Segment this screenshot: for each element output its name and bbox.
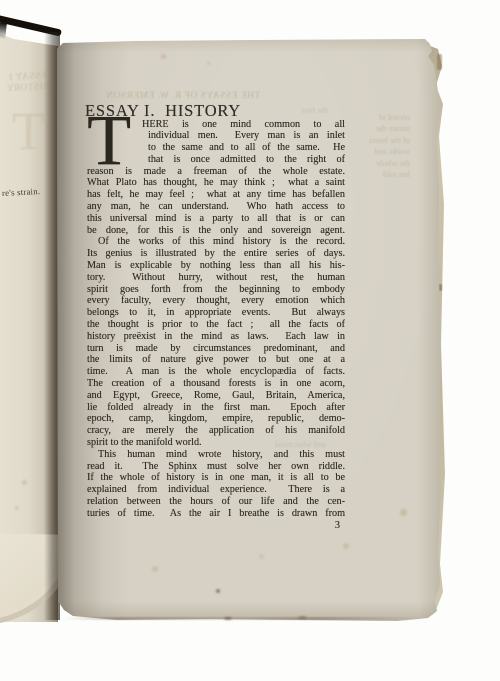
ghost-showthrough-line: record of [346,112,410,123]
text-line: any man, he can understand. Who hath acc… [87,201,345,213]
text-line: history preëxist in the mind as laws. Ea… [87,331,345,343]
text-block: ESSAY I. HISTORY THERE is one mind commo… [87,103,345,532]
foxing-spot [161,54,166,59]
foxing-spot [15,506,19,510]
text-line: this universal mind is a party to all th… [87,213,345,225]
fore-edge-stain [437,54,442,70]
text-line: and Egypt, Greece, Rome, Gaul, Britain, … [87,390,345,402]
paragraph: Of the works of this mind history is the… [87,236,345,448]
text-line: the limits of nature give power to but o… [87,354,345,366]
text-line: What Plato has thought, he may think ; w… [87,177,345,189]
text-line: time. A man is the whole encyclopædia of… [87,366,345,378]
text-line: read it. The Sphinx must solve her own r… [87,461,345,473]
text-line: If the whole of history is in one man, i… [87,472,345,484]
text-line: every faculty, every thought, every emot… [87,295,345,307]
ghost-showthrough-line: nature the [346,123,410,134]
text-line: relation between the hours of our life a… [87,496,345,508]
text-line: Man is explicable by nothing less than a… [87,260,345,272]
text-line: The creation of a thousand forests is in… [87,378,345,390]
paragraph: This human mind wrote history, and this … [87,449,345,520]
text-line: epoch, camp, kingdom, empire, republic, … [87,413,345,425]
book-photo: ESSAY I HISTORY T re's strain. THE ESSAY… [0,0,500,681]
text-line: spirit to the manifold world. [87,437,345,449]
foxing-spot [152,566,158,572]
paragraph: THERE is one mind common to allindividua… [87,119,345,237]
text-line: This human mind wrote history, and this … [87,449,345,461]
ghost-showthrough-line: has told [346,169,410,180]
foxing-spot [298,616,307,619]
text-line: belongs to it, in appropriate events. Bu… [87,307,345,319]
text-line: turn is made by circumstances predominan… [87,343,345,355]
ghost-showthrough-column: record ofnature theof the hoursworks and… [346,112,410,180]
text-line: explained from individual experience. Th… [87,484,345,496]
foxing-spot [259,554,264,559]
text-line: has felt, he may feel ; what at any time… [87,189,345,201]
foxing-spot [400,509,407,516]
foxing-spot [224,617,232,620]
foxing-spot [343,543,349,549]
text-line: turies of time. As the air I breathe is … [87,508,345,520]
text-line: cracy, are merely the application of his… [87,425,345,437]
text-line: spirit goes forth from the beginning to … [87,284,345,296]
text-line: Of the works of this mind history is the… [87,236,345,248]
page-number: 3 [87,520,345,532]
ghost-showthrough-line: works and [346,146,410,157]
bottom-page-edge [64,617,428,620]
left-page-poem-fragment: re's strain. [2,186,41,198]
text-line: tory. Without hurry, without rest, the h… [87,272,345,284]
text-line: Its genius is illustrated by the entire … [87,248,345,260]
ghost-showthrough-line: of the hours [346,135,410,146]
foxing-spot [22,480,27,485]
dropcap-letter: T [87,117,142,164]
ghost-showthrough-line: the whole [346,158,410,169]
foxing-spot [207,62,210,65]
text-line: the thought is prior to the fact ; all t… [87,319,345,331]
text-line: be done, for this is the only and sovere… [87,225,345,237]
essay-body: THERE is one mind common to allindividua… [87,119,345,520]
text-line: reason is made a freeman of the whole es… [87,166,345,178]
text-line: lie folded already in the first man. Epo… [87,402,345,414]
left-page-ghost-dropcap: T [12,104,45,158]
fore-edge-stain [439,284,442,291]
foxing-spot [216,589,220,593]
